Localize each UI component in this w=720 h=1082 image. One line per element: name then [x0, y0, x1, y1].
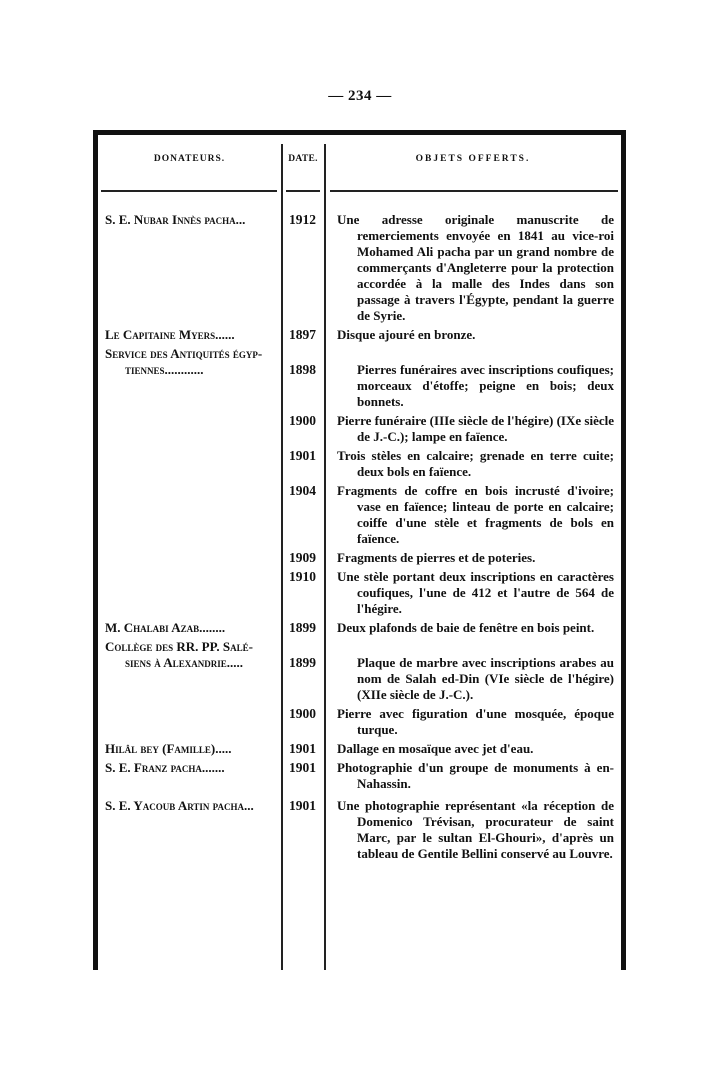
objects-cell: Une stèle portant deux inscriptions en c… [324, 569, 614, 617]
table-row: 1904 Fragments de coffre en bois incrust… [93, 483, 626, 547]
donor-cell: S. E. Nubar Innès pacha... [93, 212, 281, 324]
objects-text: Pierres funéraires avec inscriptions cou… [357, 362, 614, 409]
table-row: Collège des RR. PP. Salé- siens à Alexan… [93, 639, 626, 703]
page-number: — 234 — [0, 88, 720, 105]
objects-cell: Trois stèles en calcaire; grenade en ter… [324, 448, 614, 480]
date-cell: 1900 [281, 706, 324, 738]
date-cell: 1901 [281, 741, 324, 757]
table-row: Hilâl bey (Famille)..... 1901 Dallage en… [93, 741, 626, 757]
date-value: 1898 [289, 362, 316, 377]
table-row: S. E. Nubar Innès pacha... 1912 Une adre… [93, 212, 626, 324]
table-row: S. E. Franz pacha....... 1901 Photograph… [93, 760, 626, 792]
header-rule-donors [101, 190, 277, 192]
donor-name: Le Capitaine Myers...... [105, 327, 235, 342]
table-row: 1910 Une stèle portant deux inscriptions… [93, 569, 626, 617]
donor-name: Collège des RR. PP. Salé- [105, 639, 253, 654]
table-row: 1901 Trois stèles en calcaire; grenade e… [93, 448, 626, 480]
table-row: 1900 Pierre funéraire (IIIe siècle de l'… [93, 413, 626, 445]
header-rule-objects [330, 190, 618, 192]
objects-cell: Disque ajouré en bronze. [324, 327, 614, 343]
objects-cell: Une adresse originale manuscrite de reme… [324, 212, 614, 324]
donor-name-continued: tiennes............ [105, 362, 275, 378]
date-cell: 1899 [281, 620, 324, 636]
objects-cell: Deux plafonds de baie de fenêtre en bois… [324, 620, 614, 636]
date-cell: 1899 [281, 639, 324, 703]
objects-cell: Plaque de marbre avec inscriptions arabe… [324, 639, 614, 703]
date-cell: 1909 [281, 550, 324, 566]
date-cell: 1901 [281, 760, 324, 792]
table-border-top [93, 130, 626, 135]
date-cell: 1897 [281, 327, 324, 343]
donor-cell: M. Chalabi Azab........ [93, 620, 281, 636]
date-value: 1899 [289, 655, 316, 670]
objects-cell: Pierres funéraires avec inscriptions cou… [324, 346, 614, 410]
objects-cell: Pierre avec figuration d'une mosquée, ép… [324, 706, 614, 738]
donor-cell [93, 706, 281, 738]
donor-name: S. E. Nubar Innès pacha... [105, 212, 245, 227]
objects-text: Plaque de marbre avec inscriptions arabe… [357, 655, 614, 702]
donor-cell: S. E. Yacoub Artin pacha... [93, 798, 281, 862]
date-cell: 1901 [281, 448, 324, 480]
objects-cell: Fragments de coffre en bois incrusté d'i… [324, 483, 614, 547]
donor-name: S. E. Yacoub Artin pacha... [105, 798, 254, 813]
header-donors: DONATEURS. [98, 152, 281, 166]
table-row: S. E. Yacoub Artin pacha... 1901 Une pho… [93, 798, 626, 862]
header-date: DATE. [282, 152, 324, 166]
date-cell: 1904 [281, 483, 324, 547]
donor-cell: Hilâl bey (Famille)..... [93, 741, 281, 757]
table-body: S. E. Nubar Innès pacha... 1912 Une adre… [93, 212, 626, 865]
table-row: Service des Antiquités égyp- tiennes....… [93, 346, 626, 410]
donor-cell [93, 550, 281, 566]
objects-cell: Dallage en mosaïque avec jet d'eau. [324, 741, 614, 757]
donor-cell: Collège des RR. PP. Salé- siens à Alexan… [93, 639, 281, 703]
donor-name-continued: siens à Alexandrie..... [105, 655, 275, 671]
donor-cell [93, 483, 281, 547]
donor-cell: Service des Antiquités égyp- tiennes....… [93, 346, 281, 410]
header-rule-date [286, 190, 320, 192]
date-cell: 1912 [281, 212, 324, 324]
donor-cell [93, 413, 281, 445]
date-cell: 1900 [281, 413, 324, 445]
donor-cell [93, 569, 281, 617]
objects-cell: Une photographie représentant «la récept… [324, 798, 614, 862]
objects-cell: Photographie d'un groupe de monuments à … [324, 760, 614, 792]
date-cell: 1901 [281, 798, 324, 862]
table-row: Le Capitaine Myers...... 1897 Disque ajo… [93, 327, 626, 343]
table-row: M. Chalabi Azab........ 1899 Deux plafon… [93, 620, 626, 636]
donor-cell: Le Capitaine Myers...... [93, 327, 281, 343]
header-objects: OBJETS OFFERTS. [325, 152, 621, 166]
objects-cell: Pierre funéraire (IIIe siècle de l'hégir… [324, 413, 614, 445]
table-row: 1900 Pierre avec figuration d'une mosqué… [93, 706, 626, 738]
donor-name: S. E. Franz pacha....... [105, 760, 225, 775]
donor-name: M. Chalabi Azab........ [105, 620, 225, 635]
date-cell: 1910 [281, 569, 324, 617]
donations-table: DONATEURS. DATE. OBJETS OFFERTS. S. E. N… [93, 130, 626, 970]
donor-cell [93, 448, 281, 480]
donor-cell: S. E. Franz pacha....... [93, 760, 281, 792]
objects-cell: Fragments de pierres et de poteries. [324, 550, 614, 566]
donor-name: Service des Antiquités égyp- [105, 346, 262, 361]
date-cell: 1898 [281, 346, 324, 410]
table-row: 1909 Fragments de pierres et de poteries… [93, 550, 626, 566]
donor-name: Hilâl bey (Famille)..... [105, 741, 231, 756]
